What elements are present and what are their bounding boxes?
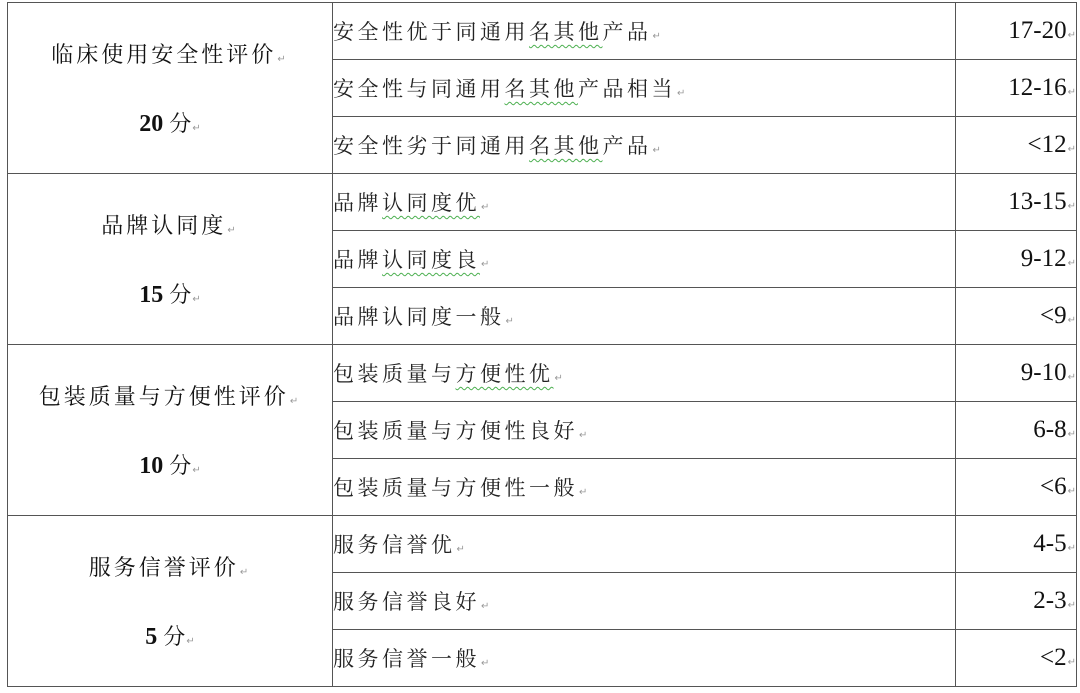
paragraph-mark-icon: ↵ [277, 54, 288, 65]
category-score: 20分↵ [8, 107, 332, 138]
score-range-cell: <2↵ [956, 630, 1077, 687]
paragraph-mark-icon: ↵ [506, 316, 518, 327]
paragraph-mark-icon: ↵ [1068, 144, 1076, 155]
paragraph-mark-icon: ↵ [653, 145, 665, 156]
grammar-flag: 认同度优 [382, 191, 480, 215]
grammar-flag: 名其他 [505, 77, 579, 101]
paragraph-mark-icon: ↵ [1068, 486, 1076, 497]
grammar-flag: 方便性优 [456, 362, 554, 386]
category-name: 临床使用安全性评价↵ [8, 38, 332, 69]
scoring-table: 临床使用安全性评价↵ 20分↵ 安全性优于同通用名其他产品↵ 17-20↵ 安全… [7, 2, 1077, 687]
criterion-cell: 品牌认同度良↵ [333, 231, 956, 288]
grammar-flag: 认同度良 [382, 248, 480, 272]
category-name: 包装质量与方便性评价↵ [8, 380, 332, 411]
paragraph-mark-icon: ↵ [1068, 258, 1076, 269]
paragraph-mark-icon: ↵ [1068, 201, 1076, 212]
category-score: 5分↵ [8, 620, 332, 651]
criterion-cell: 包装质量与方便性良好↵ [333, 402, 956, 459]
score-range-cell: 2-3↵ [956, 573, 1077, 630]
category-name: 品牌认同度↵ [8, 209, 332, 240]
criterion-cell: 服务信誉一般↵ [333, 630, 956, 687]
table-row: 临床使用安全性评价↵ 20分↵ 安全性优于同通用名其他产品↵ 17-20↵ [8, 3, 1077, 60]
paragraph-mark-icon: ↵ [1068, 372, 1076, 383]
category-cell: 品牌认同度↵ 15分↵ [8, 174, 333, 345]
score-range-cell: <12↵ [956, 117, 1077, 174]
paragraph-mark-icon: ↵ [227, 225, 238, 236]
paragraph-mark-icon: ↵ [579, 487, 591, 498]
score-range-cell: 12-16↵ [956, 60, 1077, 117]
paragraph-mark-icon: ↵ [579, 430, 591, 441]
criterion-cell: 安全性与同通用名其他产品相当↵ [333, 60, 956, 117]
paragraph-mark-icon: ↵ [192, 123, 200, 134]
paragraph-mark-icon: ↵ [653, 31, 665, 42]
category-cell: 包装质量与方便性评价↵ 10分↵ [8, 345, 333, 516]
category-score: 15分↵ [8, 278, 332, 309]
score-range-cell: 6-8↵ [956, 402, 1077, 459]
paragraph-mark-icon: ↵ [457, 544, 469, 555]
paragraph-mark-icon: ↵ [481, 202, 493, 213]
paragraph-mark-icon: ↵ [186, 636, 194, 647]
criterion-cell: 服务信誉优↵ [333, 516, 956, 573]
paragraph-mark-icon: ↵ [555, 373, 567, 384]
paragraph-mark-icon: ↵ [192, 465, 200, 476]
grammar-flag: 名其他 [529, 20, 603, 44]
category-cell: 临床使用安全性评价↵ 20分↵ [8, 3, 333, 174]
score-range-cell: 4-5↵ [956, 516, 1077, 573]
category-score: 10分↵ [8, 449, 332, 480]
paragraph-mark-icon: ↵ [290, 396, 301, 407]
paragraph-mark-icon: ↵ [481, 658, 493, 669]
criterion-cell: 安全性劣于同通用名其他产品↵ [333, 117, 956, 174]
paragraph-mark-icon: ↵ [677, 88, 689, 99]
paragraph-mark-icon: ↵ [1068, 429, 1076, 440]
paragraph-mark-icon: ↵ [1068, 87, 1076, 98]
paragraph-mark-icon: ↵ [192, 294, 200, 305]
table-row: 品牌认同度↵ 15分↵ 品牌认同度优↵ 13-15↵ [8, 174, 1077, 231]
paragraph-mark-icon: ↵ [1068, 543, 1076, 554]
table-row: 包装质量与方便性评价↵ 10分↵ 包装质量与方便性优↵ 9-10↵ [8, 345, 1077, 402]
paragraph-mark-icon: ↵ [1068, 657, 1076, 668]
score-range-cell: 9-12↵ [956, 231, 1077, 288]
paragraph-mark-icon: ↵ [481, 601, 493, 612]
category-name: 服务信誉评价↵ [8, 551, 332, 582]
score-range-cell: 9-10↵ [956, 345, 1077, 402]
paragraph-mark-icon: ↵ [240, 567, 251, 578]
criterion-cell: 品牌认同度一般↵ [333, 288, 956, 345]
score-range-cell: 13-15↵ [956, 174, 1077, 231]
score-range-cell: <6↵ [956, 459, 1077, 516]
criterion-cell: 包装质量与方便性一般↵ [333, 459, 956, 516]
score-range-cell: <9↵ [956, 288, 1077, 345]
paragraph-mark-icon: ↵ [481, 259, 493, 270]
score-range-cell: 17-20↵ [956, 3, 1077, 60]
paragraph-mark-icon: ↵ [1068, 315, 1076, 326]
grammar-flag: 名其他 [529, 134, 603, 158]
paragraph-mark-icon: ↵ [1068, 600, 1076, 611]
criterion-cell: 安全性优于同通用名其他产品↵ [333, 3, 956, 60]
table-row: 服务信誉评价↵ 5分↵ 服务信誉优↵ 4-5↵ [8, 516, 1077, 573]
criterion-cell: 服务信誉良好↵ [333, 573, 956, 630]
criterion-cell: 包装质量与方便性优↵ [333, 345, 956, 402]
paragraph-mark-icon: ↵ [1068, 30, 1076, 41]
category-cell: 服务信誉评价↵ 5分↵ [8, 516, 333, 687]
criterion-cell: 品牌认同度优↵ [333, 174, 956, 231]
